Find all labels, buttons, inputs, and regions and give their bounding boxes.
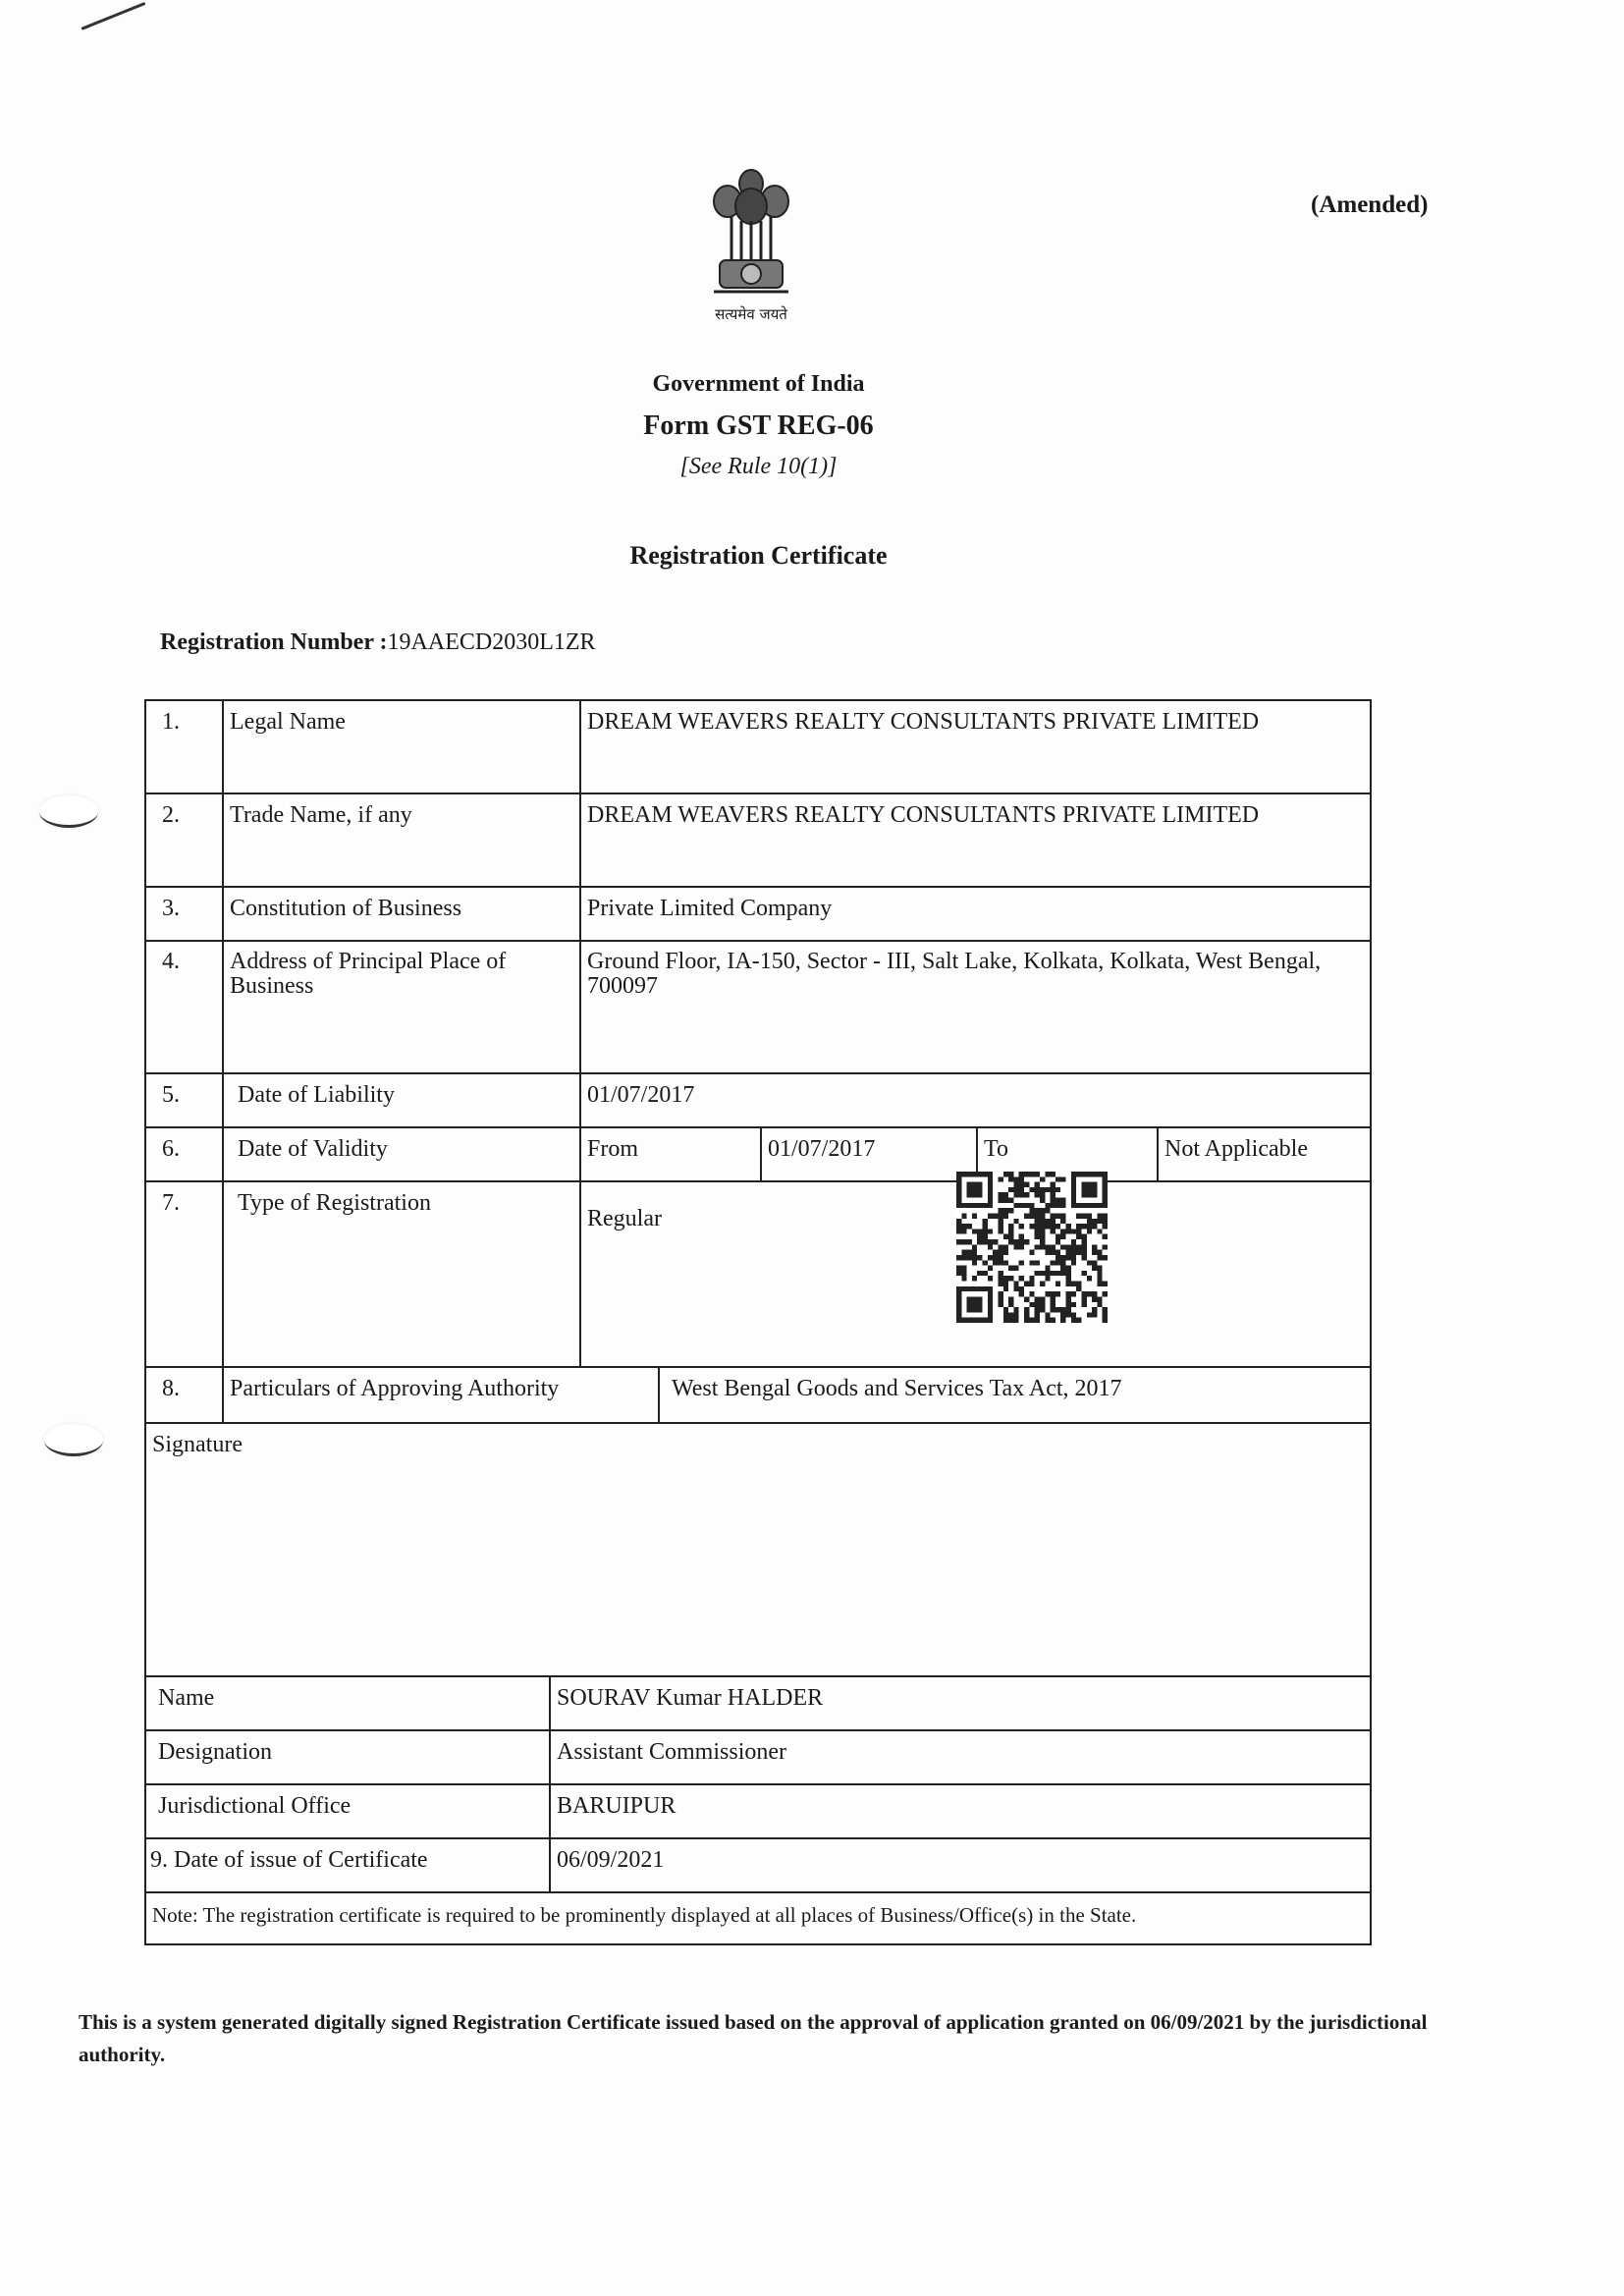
signature-area: Signature [146, 1424, 1370, 1677]
qr-code-icon [956, 1169, 1108, 1326]
table-row-date-liability: 5. Date of Liability 01/07/2017 [146, 1074, 1370, 1128]
row-number: 3. [146, 888, 224, 940]
emblem-motto: सत्यमेव जयते [687, 304, 815, 324]
row-number: 1. [146, 701, 224, 793]
row-value: Private Limited Company [581, 888, 1370, 940]
officer-row-jurisdiction: Jurisdictional Office BARUIPUR [146, 1785, 1370, 1839]
row-value: 01/07/2017 [581, 1074, 1370, 1126]
pen-mark [81, 2, 145, 30]
validity-from-value: 01/07/2017 [762, 1128, 978, 1180]
table-row-registration-type: 7. Type of Registration Regular [146, 1182, 1370, 1368]
row-label: Address of Principal Place of Business [224, 942, 581, 1072]
signature-label: Signature [152, 1432, 243, 1457]
table-row-constitution: 3. Constitution of Business Private Limi… [146, 888, 1370, 942]
table-row-date-validity: 6. Date of Validity From 01/07/2017 To N… [146, 1128, 1370, 1182]
row-value: Regular [587, 1206, 662, 1232]
officer-row-designation: Designation Assistant Commissioner [146, 1731, 1370, 1785]
punch-hole-bottom [44, 1424, 103, 1456]
validity-from-label: From [581, 1128, 762, 1180]
row-number: 4. [146, 942, 224, 1072]
row-value: West Bengal Goods and Services Tax Act, … [660, 1368, 1370, 1422]
registration-number: Registration Number :19AAECD2030L1ZR [160, 629, 596, 656]
officer-label: 9. Date of issue of Certificate [146, 1839, 551, 1891]
row-number: 6. [146, 1128, 224, 1180]
row-value: DREAM WEAVERS REALTY CONSULTANTS PRIVATE… [581, 701, 1370, 793]
row-number: 5. [146, 1074, 224, 1126]
row-number: 2. [146, 794, 224, 886]
officer-row-issue-date: 9. Date of issue of Certificate 06/09/20… [146, 1839, 1370, 1893]
officer-label: Designation [146, 1731, 551, 1783]
form-title: Form GST REG-06 [0, 410, 1517, 442]
footer-statement: This is a system generated digitally sig… [79, 2006, 1453, 2070]
table-row-approving-authority: 8. Particulars of Approving Authority We… [146, 1368, 1370, 1424]
officer-value: 06/09/2021 [551, 1839, 1370, 1891]
row-label: Particulars of Approving Authority [224, 1368, 660, 1422]
row-value: Ground Floor, IA-150, Sector - III, Salt… [581, 942, 1370, 1072]
table-row-trade-name: 2. Trade Name, if any DREAM WEAVERS REAL… [146, 794, 1370, 888]
certificate-table: 1. Legal Name DREAM WEAVERS REALTY CONSU… [144, 699, 1372, 1945]
table-row-legal-name: 1. Legal Name DREAM WEAVERS REALTY CONSU… [146, 701, 1370, 794]
rule-reference: [See Rule 10(1)] [0, 454, 1517, 480]
officer-value: BARUIPUR [551, 1785, 1370, 1837]
registration-number-label: Registration Number : [160, 629, 388, 655]
officer-label: Jurisdictional Office [146, 1785, 551, 1837]
row-label: Date of Liability [224, 1074, 581, 1126]
state-emblem-icon [702, 162, 800, 300]
row-label: Constitution of Business [224, 888, 581, 940]
officer-value: SOURAV Kumar HALDER [551, 1677, 1370, 1729]
row-number: 8. [146, 1368, 224, 1422]
row-label: Legal Name [224, 701, 581, 793]
table-row-address: 4. Address of Principal Place of Busines… [146, 942, 1370, 1074]
row-value: DREAM WEAVERS REALTY CONSULTANTS PRIVATE… [581, 794, 1370, 886]
row-number: 7. [146, 1182, 224, 1366]
officer-value: Assistant Commissioner [551, 1731, 1370, 1783]
registration-number-value: 19AAECD2030L1ZR [388, 629, 596, 655]
row-label: Type of Registration [224, 1182, 581, 1366]
certificate-title: Registration Certificate [0, 541, 1517, 571]
row-label: Trade Name, if any [224, 794, 581, 886]
punch-hole-top [39, 795, 98, 828]
row-value-cell: Regular [581, 1182, 1370, 1366]
amended-tag: (Amended) [1311, 191, 1428, 219]
row-label: Date of Validity [224, 1128, 581, 1180]
validity-to-value: Not Applicable [1159, 1128, 1370, 1180]
officer-row-name: Name SOURAV Kumar HALDER [146, 1677, 1370, 1731]
officer-label: Name [146, 1677, 551, 1729]
government-heading: Government of India [0, 371, 1517, 398]
display-note: Note: The registration certificate is re… [146, 1893, 1370, 1943]
